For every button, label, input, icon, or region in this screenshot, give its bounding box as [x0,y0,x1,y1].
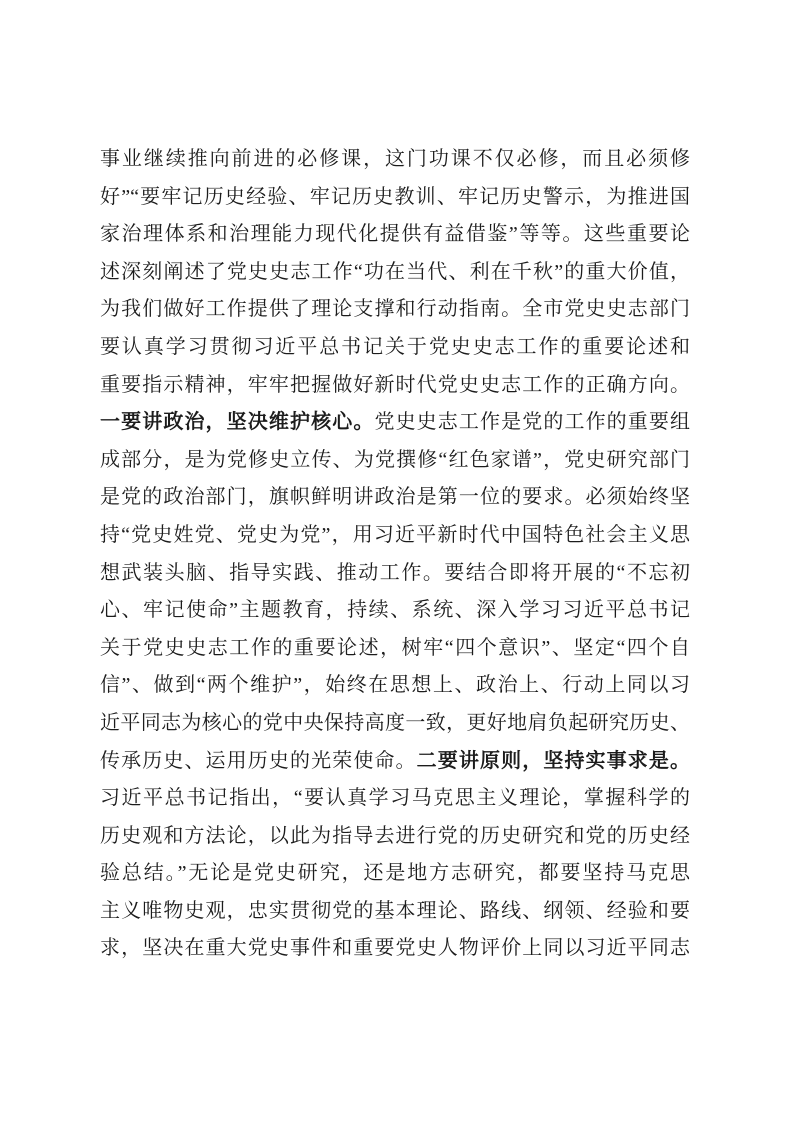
text-segment: 验总结。”无论是党史研究，还是地方志研究，都要坚持马克思 [100,862,690,884]
text-segment: 为我们做好工作提供了理论支撑和行动指南。全市党史史志部门 [100,298,690,320]
text-segment: 是党的政治部门，旗帜鲜明讲政治是第一位的要求。必须始终坚 [100,486,690,508]
document-page: 事业继续推向前进的必修课，这门功课不仅必修，而且必须修 好”“要牢记历史经验、牢… [0,0,793,1122]
bold-emphasis: 二要讲原则，坚持实事求是。 [417,750,690,772]
text-line: 验总结。”无论是党史研究，还是地方志研究，都要坚持马克思 [100,855,690,893]
text-segment: 党史史志工作是党的工作的重要组 [374,411,690,433]
text-line: 述深刻阐述了党史史志工作“功在当代、利在千秋”的重大价值， [100,254,690,292]
text-line: 历史观和方法论，以此为指导去进行党的历史研究和党的历史经 [100,818,690,856]
text-segment: 重要指示精神，牢牢把握做好新时代党史史志工作的正确方向。 [100,374,690,396]
text-line: 想武装头脑、指导实践、推动工作。要结合即将开展的“不忘初 [100,555,690,593]
text-segment: 述深刻阐述了党史史志工作“功在当代、利在千秋”的重大价值， [100,261,690,283]
text-line: 心、牢记使命”主题教育，持续、系统、深入学习习近平总书记 [100,592,690,630]
text-line: 一要讲政治，坚决维护核心。党史史志工作是党的工作的重要组 [100,404,690,442]
text-segment: 近平同志为核心的党中央保持高度一致，更好地肩负起研究历史、 [100,712,690,734]
text-segment: 家治理体系和治理能力现代化提供有益借鉴”等等。这些重要论 [100,223,690,245]
body-text: 事业继续推向前进的必修课，这门功课不仅必修，而且必须修 好”“要牢记历史经验、牢… [100,141,690,968]
text-line: 事业继续推向前进的必修课，这门功课不仅必修，而且必须修 [100,141,690,179]
text-line: 家治理体系和治理能力现代化提供有益借鉴”等等。这些重要论 [100,216,690,254]
text-segment: 习近平总书记指出，“要认真学习马克思主义理论，掌握科学的 [100,787,690,809]
text-segment: 事业继续推向前进的必修课，这门功课不仅必修，而且必须修 [100,148,690,170]
bold-emphasis: 一要讲政治，坚决维护核心。 [100,411,374,433]
text-segment: 信”、做到“两个维护”，始终在思想上、政治上、行动上同以习 [100,674,690,696]
text-line: 持“党史姓党、党史为党”，用习近平新时代中国特色社会主义思 [100,517,690,555]
text-segment: 要认真学习贯彻习近平总书记关于党史史志工作的重要论述和 [100,336,690,358]
text-line: 成部分，是为党修史立传、为党撰修“红色家谱”，党史研究部门 [100,442,690,480]
text-line: 重要指示精神，牢牢把握做好新时代党史史志工作的正确方向。 [100,367,690,405]
text-line: 为我们做好工作提供了理论支撑和行动指南。全市党史史志部门 [100,291,690,329]
text-line: 传承历史、运用历史的光荣使命。二要讲原则，坚持实事求是。 [100,743,690,781]
text-segment: 主义唯物史观，忠实贯彻党的基本理论、路线、纲领、经验和要 [100,900,690,922]
text-line: 关于党史史志工作的重要论述，树牢“四个意识”、坚定“四个自 [100,630,690,668]
text-line: 是党的政治部门，旗帜鲜明讲政治是第一位的要求。必须始终坚 [100,479,690,517]
text-line: 求，坚决在重大党史事件和重要党史人物评价上同以习近平同志 [100,930,690,968]
text-segment: 心、牢记使命”主题教育，持续、系统、深入学习习近平总书记 [100,599,690,621]
text-segment: 传承历史、运用历史的光荣使命。 [100,750,417,772]
text-line: 要认真学习贯彻习近平总书记关于党史史志工作的重要论述和 [100,329,690,367]
text-line: 近平同志为核心的党中央保持高度一致，更好地肩负起研究历史、 [100,705,690,743]
text-line: 主义唯物史观，忠实贯彻党的基本理论、路线、纲领、经验和要 [100,893,690,931]
text-segment: 好”“要牢记历史经验、牢记历史教训、牢记历史警示，为推进国 [100,186,690,208]
text-segment: 想武装头脑、指导实践、推动工作。要结合即将开展的“不忘初 [100,562,690,584]
text-line: 信”、做到“两个维护”，始终在思想上、政治上、行动上同以习 [100,667,690,705]
text-segment: 历史观和方法论，以此为指导去进行党的历史研究和党的历史经 [100,825,690,847]
text-segment: 持“党史姓党、党史为党”，用习近平新时代中国特色社会主义思 [100,524,690,546]
text-segment: 成部分，是为党修史立传、为党撰修“红色家谱”，党史研究部门 [100,449,690,471]
text-line: 习近平总书记指出，“要认真学习马克思主义理论，掌握科学的 [100,780,690,818]
text-line: 好”“要牢记历史经验、牢记历史教训、牢记历史警示，为推进国 [100,179,690,217]
text-segment: 求，坚决在重大党史事件和重要党史人物评价上同以习近平同志 [100,937,690,959]
text-segment: 关于党史史志工作的重要论述，树牢“四个意识”、坚定“四个自 [100,637,690,659]
